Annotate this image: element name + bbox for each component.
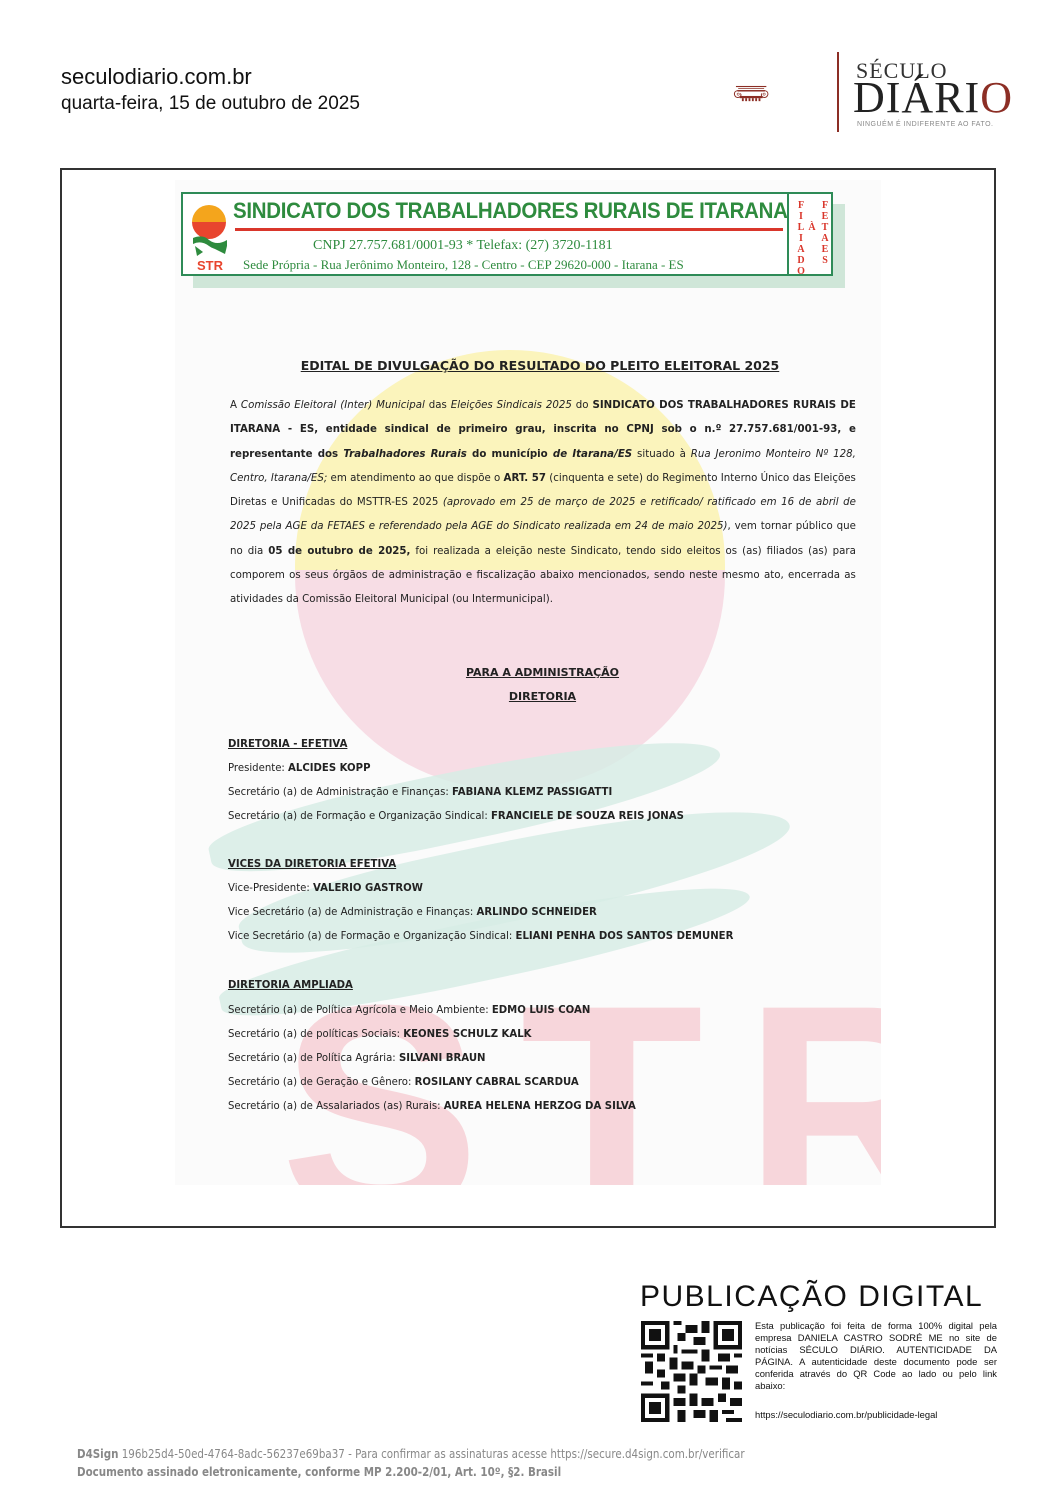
- publication-text: Esta publicação foi feita de forma 100% …: [755, 1320, 997, 1391]
- publication-link[interactable]: https://seculodiario.com.br/publicidade-…: [755, 1409, 937, 1420]
- logo-word-diario-main: DIÁRI: [853, 73, 980, 122]
- document-body: A Comissão Eleitoral (Inter) Municipal d…: [230, 393, 856, 612]
- group-heading: VICES DA DIRETORIA EFETIVA: [228, 857, 396, 870]
- section-subtitle: DIRETORIA: [175, 690, 881, 703]
- d4sign-brand: D4Sign: [77, 1447, 118, 1461]
- str-sun-logo-icon: STR: [189, 200, 231, 272]
- role-line: Presidente: ALCIDES KOPP: [228, 761, 370, 774]
- role-line: Secretário (a) de Política Agrícola e Me…: [228, 1003, 590, 1016]
- role-line: Secretário (a) de Política Agrária: SILV…: [228, 1051, 486, 1064]
- role-line: Secretário (a) de Geração e Gênero: ROSI…: [228, 1075, 579, 1088]
- watermark-str: STR: [280, 960, 881, 1185]
- logo-tagline: NINGUÉM É INDIFERENTE AO FATO.: [857, 121, 993, 128]
- role-line: Secretário (a) de políticas Sociais: KEO…: [228, 1027, 532, 1040]
- d4sign-line: D4Sign 196b25d4-50ed-4764-8adc-56237e69b…: [77, 1447, 745, 1461]
- role-line: Vice Secretário (a) de Administração e F…: [228, 905, 597, 918]
- role-line: Secretário (a) de Assalariados (as) Rura…: [228, 1099, 636, 1112]
- union-cnpj-phone: CNPJ 27.757.681/0001-93 * Telefax: (27) …: [313, 238, 613, 254]
- group-heading: DIRETORIA - EFETIVA: [228, 737, 347, 750]
- qr-code-icon[interactable]: [641, 1321, 742, 1422]
- logo-divider: [837, 52, 839, 132]
- publication-date: quarta-feira, 15 de outubro de 2025: [61, 93, 360, 115]
- signature-notice: Documento assinado eletronicamente, conf…: [77, 1465, 561, 1479]
- site-url[interactable]: seculodiario.com.br: [61, 64, 252, 90]
- role-line: Vice-Presidente: VALERIO GASTROW: [228, 881, 423, 894]
- logo-word-diario-o: O: [980, 73, 1013, 122]
- affiliation-a: À: [808, 222, 816, 233]
- ionic-column-icon: [733, 50, 833, 136]
- scanned-document: STR STR SINDICATO DOS TRABALHADORES RURA…: [175, 180, 881, 1185]
- role-line: Secretário (a) de Administração e Finanç…: [228, 785, 612, 798]
- role-line: Secretário (a) de Formação e Organização…: [228, 809, 684, 822]
- letterhead: STR SINDICATO DOS TRABALHADORES RURAIS D…: [181, 192, 833, 276]
- d4sign-id[interactable]: 196b25d4-50ed-4764-8adc-56237e69ba37 - P…: [118, 1447, 744, 1461]
- affiliation-filiado: FILIADO: [797, 200, 805, 277]
- publication-title: PUBLICAÇÃO DIGITAL: [640, 1280, 983, 1314]
- section-title: PARA A ADMINISTRAÇÃO: [175, 666, 881, 679]
- union-name: SINDICATO DOS TRABALHADORES RURAIS DE IT…: [233, 198, 788, 224]
- group-heading: DIRETORIA AMPLIADA: [228, 978, 353, 991]
- affiliation-box: FILIADO À FETAES: [787, 194, 835, 274]
- union-address: Sede Própria - Rua Jerônimo Monteiro, 12…: [243, 257, 684, 273]
- role-line: Vice Secretário (a) de Formação e Organi…: [228, 929, 733, 942]
- affiliation-fetaes: FETAES: [821, 200, 829, 266]
- document-title: EDITAL DE DIVULGAÇÃO DO RESULTADO DO PLE…: [190, 358, 881, 373]
- logo-word-diario: DIÁRIO: [853, 72, 1013, 123]
- svg-text:STR: STR: [197, 258, 224, 272]
- title-rule: [235, 228, 783, 231]
